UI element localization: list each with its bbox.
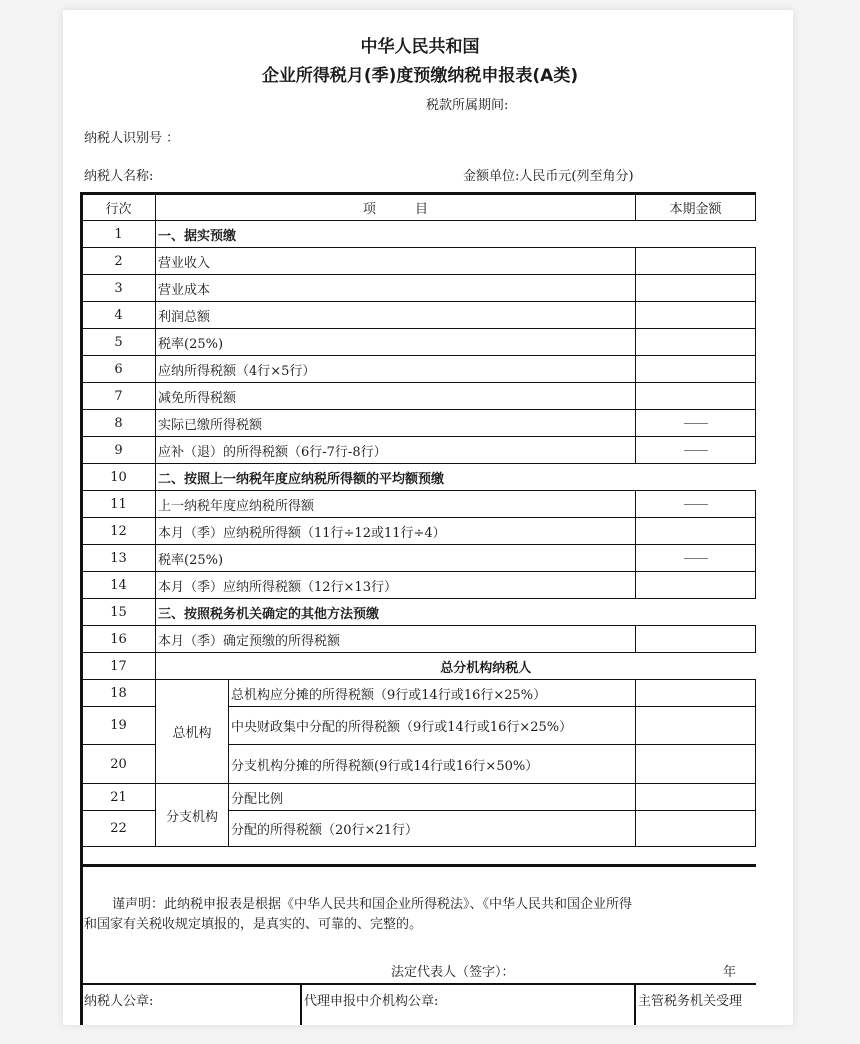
amount-cell[interactable] [636,275,756,302]
row-number: 8 [82,410,156,437]
table-row: 1 一、据实预缴 [82,221,756,248]
row-number: 22 [82,811,156,847]
amount-cell[interactable] [636,680,756,707]
table-bottom-border [80,864,756,867]
taxpayer-name-label: 纳税人名称: [84,165,153,184]
table-row: 6 应纳所得税额（4行×5行） [82,356,756,383]
row-item: 分配比例 [229,784,636,811]
date-year-label: 年 [723,961,736,980]
agent-seal-label: 代理申报中介机构公章: [304,990,438,1009]
table-row: 5 税率(25%) [82,329,756,356]
row-number: 15 [82,599,156,626]
row-number: 9 [82,437,156,464]
table-row: 13 税率(25%) —— [82,545,756,572]
row-item: 本月（季）应纳所得税额（12行×13行） [156,572,636,599]
row-item: 本月（季）确定预缴的所得税额 [156,626,636,653]
row-item: 减免所得税额 [156,383,636,410]
section-heading: 总分机构纳税人 [156,653,756,680]
row-number: 19 [82,707,156,745]
amount-cell[interactable] [636,707,756,745]
section-heading: 一、据实预缴 [156,221,756,248]
row-number: 3 [82,275,156,302]
amount-cell[interactable] [636,302,756,329]
amount-cell[interactable]: —— [636,545,756,572]
table-row: 15 三、按照税务机关确定的其他方法预缴 [82,599,756,626]
footer-column-divider [634,983,636,1025]
amount-cell[interactable] [636,784,756,811]
row-item: 利润总额 [156,302,636,329]
row-number: 7 [82,383,156,410]
form-title: 企业所得税月(季)度预缴纳税申报表(A类) [0,61,840,86]
table-row: 8 实际已缴所得税额 —— [82,410,756,437]
row-item: 分配的所得税额（20行×21行） [229,811,636,847]
row-number: 13 [82,545,156,572]
amount-cell[interactable]: —— [636,437,756,464]
table-row: 7 减免所得税额 [82,383,756,410]
declaration-line-2: 和国家有关税收规定填报的，是真实的、可靠的、完整的。 [84,913,422,932]
column-header-amount: 本期金额 [636,194,756,221]
table-row: 17 总分机构纳税人 [82,653,756,680]
row-number: 17 [82,653,156,680]
amount-cell[interactable] [636,811,756,847]
amount-cell[interactable] [636,572,756,599]
row-number: 10 [82,464,156,491]
table-row: 12 本月（季）应纳税所得额（11行÷12或11行÷4） [82,518,756,545]
amount-cell[interactable] [636,626,756,653]
amount-cell[interactable] [636,383,756,410]
row-number: 6 [82,356,156,383]
table-row: 2 营业收入 [82,248,756,275]
row-item: 营业成本 [156,275,636,302]
row-item: 实际已缴所得税额 [156,410,636,437]
row-number: 16 [82,626,156,653]
table-row: 9 应补（退）的所得税额（6行-7行-8行） —— [82,437,756,464]
row-number: 11 [82,491,156,518]
row-number: 2 [82,248,156,275]
amount-cell[interactable]: —— [636,491,756,518]
declaration-line-1: 谨声明：此纳税申报表是根据《中华人民共和国企业所得税法》、《中华人民共和国企业所… [112,893,632,912]
row-item: 中央财政集中分配的所得税额（9行或14行或16行×25%） [229,707,636,745]
group-label-head-office: 总机构 [156,680,229,784]
row-number: 1 [82,221,156,248]
footer-divider [80,983,756,985]
currency-unit-label: 金额单位:人民币元(列至角分) [463,165,634,184]
table-top-border [80,192,756,195]
row-item: 分支机构分摊的所得税额(9行或14行或16行×50%） [229,745,636,784]
section-heading: 二、按照上一纳税年度应纳税所得额的平均额预缴 [156,464,756,491]
amount-cell[interactable] [636,745,756,784]
tax-period-label: 税款所属期间: [426,94,508,113]
legal-rep-signature-label: 法定代表人（签字）： [391,961,515,980]
row-item: 税率(25%) [156,329,636,356]
column-header-row-no: 行次 [82,194,156,221]
row-item: 应纳所得税额（4行×5行） [156,356,636,383]
table-row: 11 上一纳税年度应纳税所得额 —— [82,491,756,518]
tax-authority-label: 主管税务机关受理 [638,990,755,1009]
row-number: 21 [82,784,156,811]
table-row: 3 营业成本 [82,275,756,302]
amount-cell[interactable]: —— [636,410,756,437]
row-item: 总机构应分摊的所得税额（9行或14行或16行×25%） [229,680,636,707]
group-label-branch: 分支机构 [156,784,229,847]
table-header-row: 行次 项 目 本期金额 [82,194,756,221]
table-row: 10 二、按照上一纳税年度应纳税所得额的平均额预缴 [82,464,756,491]
row-item: 税率(25%) [156,545,636,572]
row-number: 4 [82,302,156,329]
row-item: 营业收入 [156,248,636,275]
table-row: 14 本月（季）应纳所得税额（12行×13行） [82,572,756,599]
table-row: 4 利润总额 [82,302,756,329]
taxpayer-id-label: 纳税人识别号 ： [84,127,179,146]
column-header-item: 项 目 [156,194,636,221]
amount-cell[interactable] [636,356,756,383]
amount-cell[interactable] [636,329,756,356]
amount-cell[interactable] [636,248,756,275]
row-number: 5 [82,329,156,356]
row-number: 18 [82,680,156,707]
tax-return-table: 行次 项 目 本期金额 1 一、据实预缴 2 营业收入 3 营业成本 4 利润总… [81,193,756,847]
row-item: 应补（退）的所得税额（6行-7行-8行） [156,437,636,464]
amount-cell[interactable] [636,518,756,545]
row-item: 上一纳税年度应纳税所得额 [156,491,636,518]
table-row: 16 本月（季）确定预缴的所得税额 [82,626,756,653]
row-number: 20 [82,745,156,784]
table-row: 21 分支机构 分配比例 [82,784,756,811]
section-heading: 三、按照税务机关确定的其他方法预缴 [156,599,756,626]
table-row: 18 总机构 总机构应分摊的所得税额（9行或14行或16行×25%） [82,680,756,707]
taxpayer-seal-label: 纳税人公章: [84,990,153,1009]
table-left-border [80,193,83,1025]
row-number: 12 [82,518,156,545]
row-number: 14 [82,572,156,599]
form-title-country: 中华人民共和国 [0,32,840,57]
footer-column-divider [300,983,302,1025]
row-item: 本月（季）应纳税所得额（11行÷12或11行÷4） [156,518,636,545]
